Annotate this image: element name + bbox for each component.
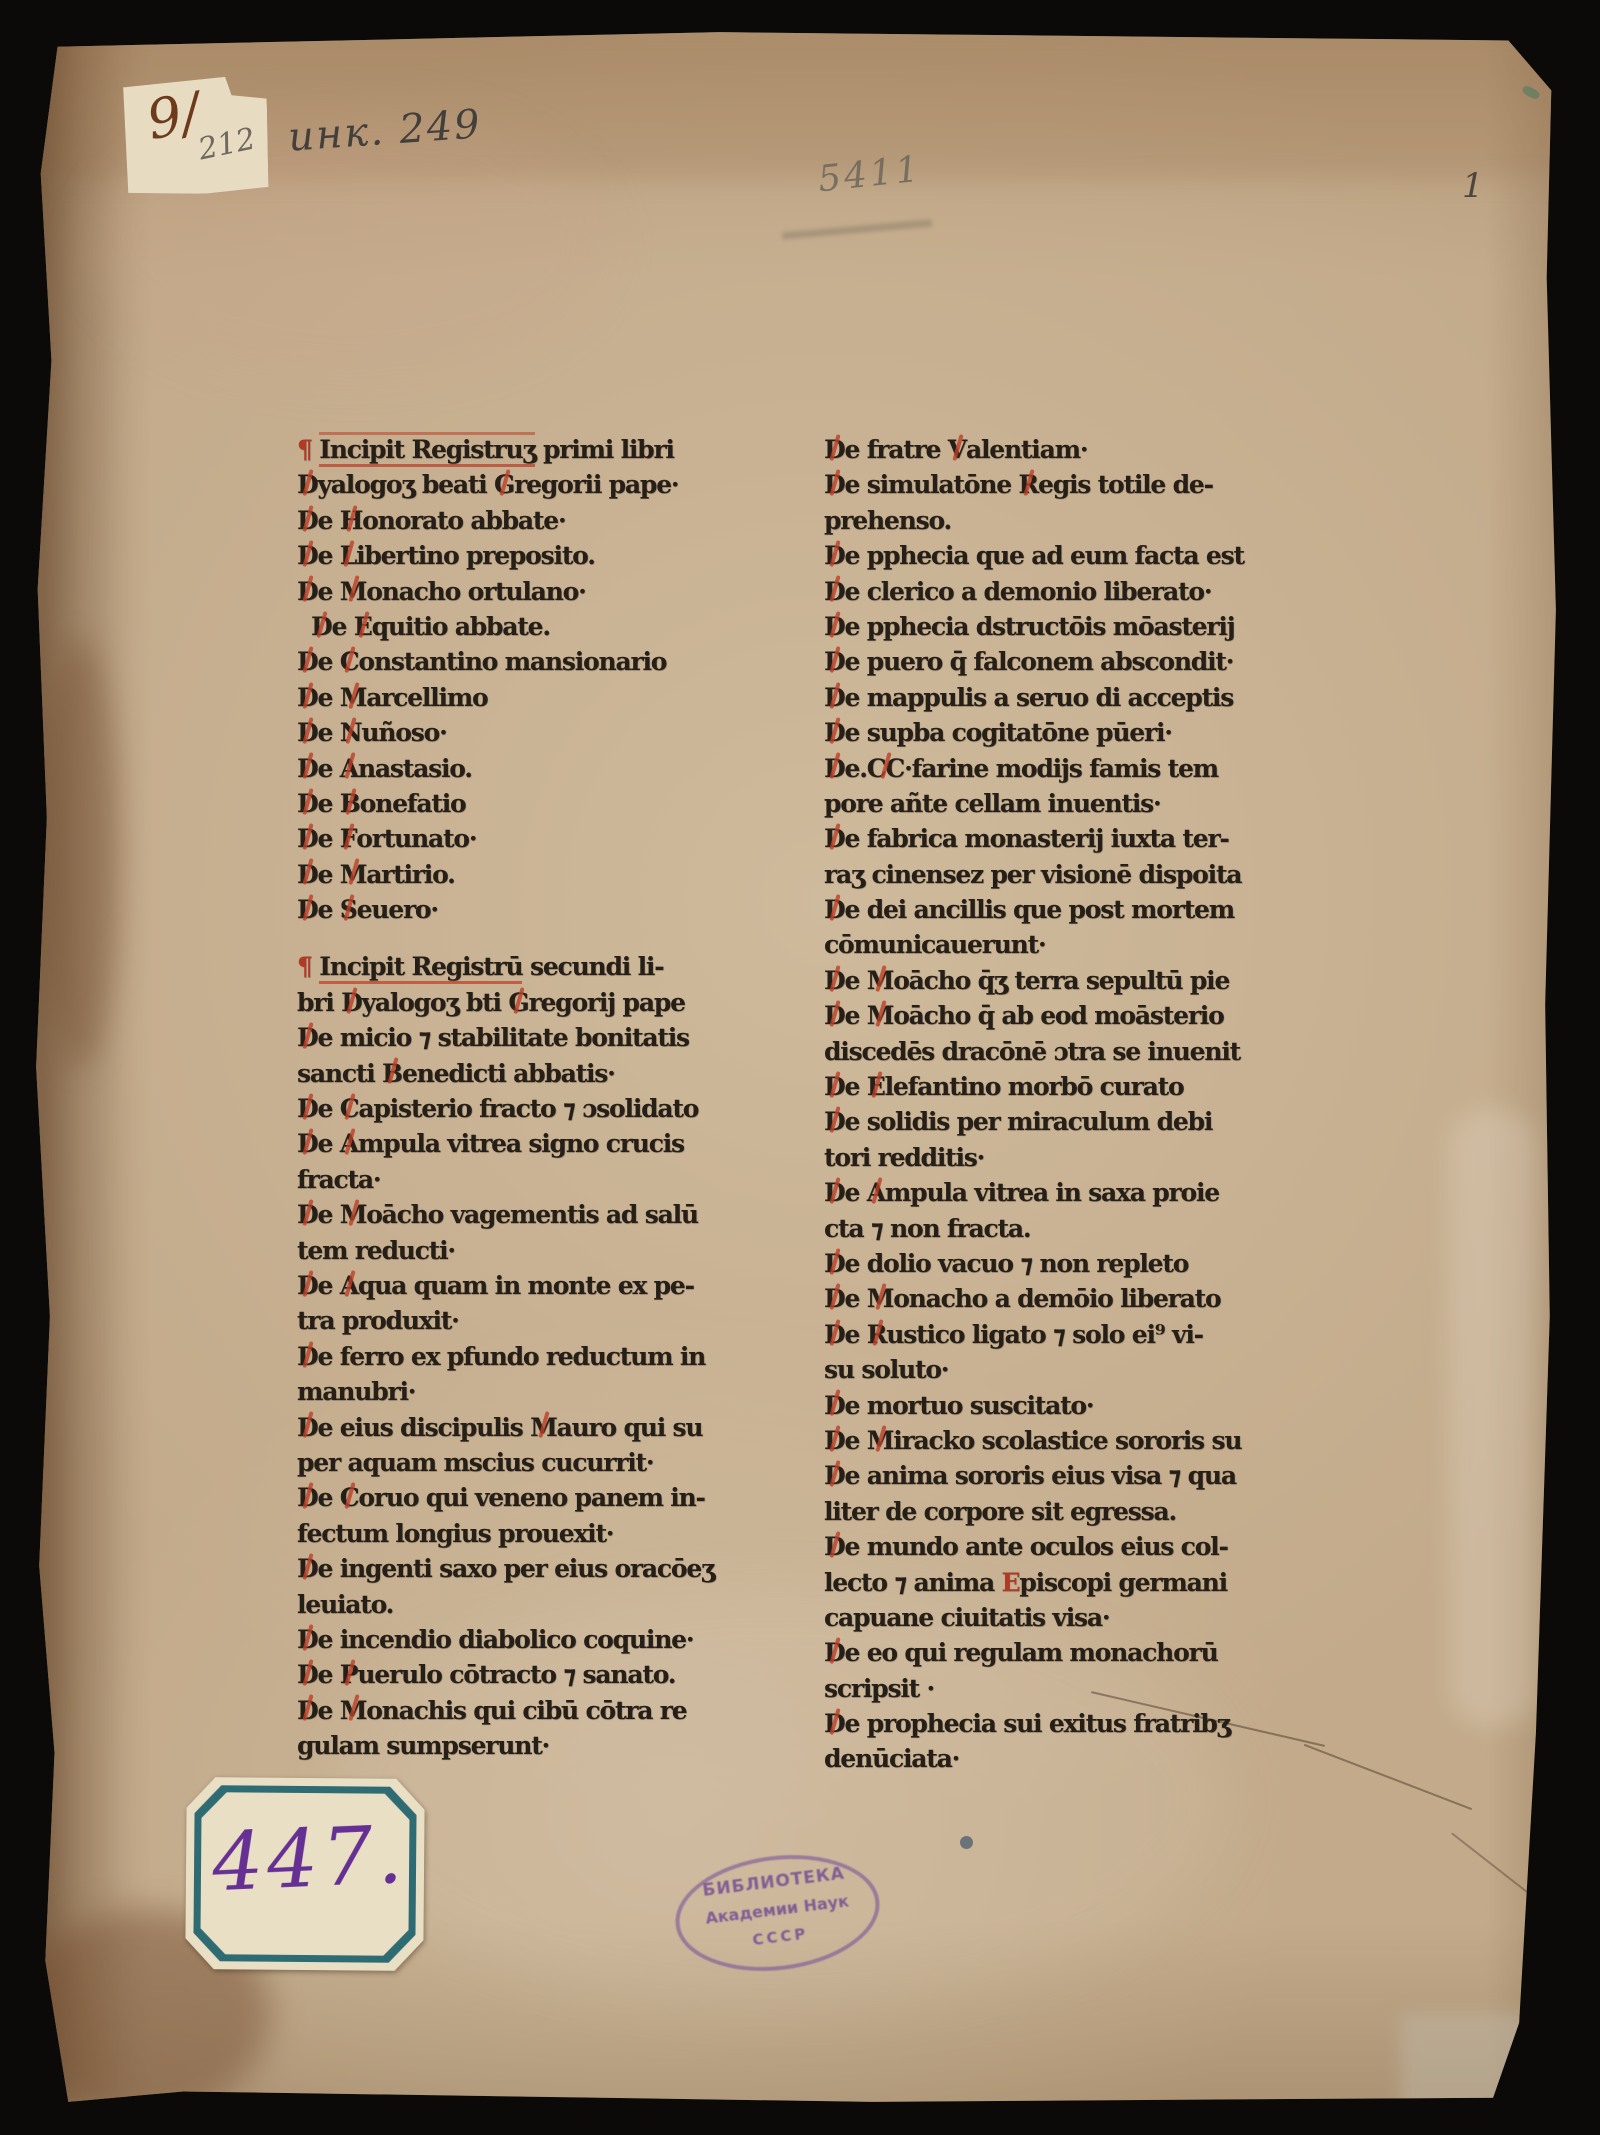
printed-text: onstantino mansionario — [358, 647, 666, 676]
printed-text: lecto ⁊ anima — [824, 1568, 1002, 1597]
rubricated-initial: P — [340, 1657, 358, 1692]
printed-text: e puero q̄ falconem abscondit· — [844, 647, 1233, 676]
rubricated-initial: D — [824, 821, 844, 856]
text-line: fectum longius prouexit· — [297, 1516, 714, 1551]
printed-text: denūciata· — [824, 1744, 959, 1773]
rubricated-initial: D — [824, 609, 844, 644]
rubricated-initial: B — [340, 786, 360, 821]
text-line: De Monacho a demōio liberato — [824, 1281, 1244, 1316]
printed-text: e mortuo suscitato· — [844, 1391, 1093, 1420]
printed-text: egis totile de- — [1038, 470, 1213, 499]
text-line: De Puerulo cōtracto ⁊ sanato. — [297, 1657, 714, 1692]
shelfmark-label: 9/ 212 — [120, 75, 270, 196]
rubricated-initial: D — [297, 1657, 317, 1692]
rubricated-initial: D — [297, 821, 317, 856]
rubricated-initial: S — [340, 892, 357, 927]
ink-inventory-number: инк. 249 — [287, 101, 484, 160]
red-initial: E — [1002, 1568, 1020, 1597]
text-column-left: ¶ Incipit Registruʒ primi libriDyalogoʒ … — [297, 432, 714, 1763]
collection-number-label: 447. — [185, 1777, 425, 1971]
text-line: De anima sororis eius visa ⁊ qua — [824, 1458, 1244, 1493]
rubricated-initial: A — [340, 751, 358, 786]
printed-text: e micio ⁊ stabilitate bonitatis — [317, 1023, 688, 1052]
text-line: De pphecia dstructōis mōasterij — [824, 609, 1244, 644]
text-line: tori redditis· — [824, 1140, 1244, 1175]
printed-text: alentiam· — [966, 435, 1087, 464]
text-line: De Seuero· — [297, 892, 714, 927]
printed-text: e anima sororis eius visa ⁊ qua — [844, 1461, 1235, 1490]
rubricated-initial: R — [1018, 467, 1038, 502]
rubricated-initial: A — [340, 1126, 358, 1161]
printed-text: onacho a demōio liberato — [893, 1284, 1220, 1313]
printed-text: e eius discipulis — [317, 1413, 530, 1442]
shelfmark-denominator: 212 — [195, 121, 258, 167]
printed-text: e — [317, 754, 339, 783]
printed-text: e — [317, 824, 339, 853]
library-stamp: БИБЛИОТЕКА Академии Наук СССР — [669, 1844, 886, 1982]
text-line: De Constantino mansionario — [297, 644, 714, 679]
printed-text: mpula vitrea in saxa proie — [885, 1178, 1219, 1207]
printed-text: e eo qui regulam monachorū — [844, 1638, 1217, 1667]
printed-text: uñoso· — [361, 718, 446, 747]
printed-text: auro qui su — [557, 1413, 703, 1442]
printed-text: e — [844, 1284, 866, 1313]
printed-text: e — [317, 789, 339, 818]
printed-text: e — [844, 1320, 866, 1349]
folio-number: 1 — [1462, 166, 1484, 206]
printed-text: bri — [297, 988, 341, 1017]
rubricated-initial: D — [297, 467, 317, 502]
text-line: De ferro ex pfundo reductum in — [297, 1339, 714, 1374]
printed-text: oācho q̄ ab eod moāsterio — [893, 1001, 1223, 1030]
text-line: ¶ Incipit Registrū secundi li- — [297, 949, 714, 984]
printed-text: e ingenti saxo per eius oracōeʒ — [317, 1554, 714, 1583]
line-gap — [297, 927, 714, 949]
text-line: raʒ cinensez per visionē dispoita — [824, 857, 1244, 892]
rubricated-initial: M — [867, 963, 893, 998]
rubricated-initial: D — [297, 1551, 317, 1586]
printed-text: e — [317, 718, 339, 747]
text-line: De Anastasio. — [297, 751, 714, 786]
rubricated-initial: D — [297, 644, 317, 679]
text-line: De Ampula vitrea in saxa proie — [824, 1175, 1244, 1210]
rubricated-initial: E — [867, 1069, 885, 1104]
rubricated-initial: A — [867, 1175, 885, 1210]
rubricated-initial: E — [354, 609, 372, 644]
text-line: De Moācho q̄ ab eod moāsterio — [824, 998, 1244, 1033]
printed-text: discedēs dracōnē ɔtra se inuenit — [824, 1037, 1240, 1066]
text-line: De Rustico ligato ⁊ solo ei⁹ vi- — [824, 1317, 1244, 1352]
rubricated-initial: D — [297, 1339, 317, 1374]
rubricated-initial: M — [867, 1423, 893, 1458]
printed-text: tra produxit· — [297, 1306, 459, 1335]
rubricated-initial: D — [824, 1175, 844, 1210]
printed-text: e fabrica monasterij iuxta ter- — [844, 824, 1228, 853]
printed-text: nastasio. — [358, 754, 472, 783]
printed-text: mpula vitrea signo crucis — [358, 1129, 684, 1158]
text-line: De Capisterio fracto ⁊ ɔsolidato — [297, 1091, 714, 1126]
rubricated-initial: D — [297, 1410, 317, 1445]
text-line: scripsit · — [824, 1671, 1244, 1706]
paper-stain — [40, 638, 120, 1068]
rubricated-initial: D — [824, 1246, 844, 1281]
printed-text: ustico ligato ⁊ solo ei⁹ vi- — [886, 1320, 1203, 1349]
text-line: De eo qui regulam monachorū — [824, 1635, 1244, 1670]
printed-text: e — [317, 647, 339, 676]
text-line: fracta· — [297, 1162, 714, 1197]
printed-text: e — [844, 966, 866, 995]
printed-text: quitio abbate. — [372, 612, 550, 641]
red-underlined-text: Incipit Registrū — [319, 952, 522, 984]
rubricated-initial: L — [340, 538, 356, 573]
printed-text: enedicti abbatis· — [402, 1059, 615, 1088]
text-line: sancti Benedicti abbatis· — [297, 1056, 714, 1091]
rubricated-initial: D — [297, 751, 317, 786]
text-line: De micio ⁊ stabilitate bonitatis — [297, 1020, 714, 1055]
text-line: De Elefantino morbō curato — [824, 1069, 1244, 1104]
pencil-smudge — [782, 219, 932, 239]
printed-text: e — [317, 506, 339, 535]
text-line: De mortuo suscitato· — [824, 1388, 1244, 1423]
text-line: per aquam mscius cucurrit· — [297, 1445, 714, 1480]
text-line: De eius discipulis Mauro qui su — [297, 1410, 714, 1445]
printed-text: e dolio vacuo ⁊ non repleto — [844, 1249, 1188, 1278]
printed-text: qua quam in monte ex pe- — [358, 1271, 694, 1300]
printed-text: e — [317, 577, 339, 606]
collection-number: 447. — [210, 1808, 408, 1909]
printed-text: e fratre — [844, 435, 947, 464]
text-line: De dolio vacuo ⁊ non repleto — [824, 1246, 1244, 1281]
printed-text: ortunato· — [356, 824, 476, 853]
printed-text: fectum longius prouexit· — [297, 1519, 613, 1548]
rubricated-initial: D — [824, 1104, 844, 1139]
printed-text: secundi li- — [522, 952, 663, 981]
text-line: prehenso. — [824, 503, 1244, 538]
rubricated-initial: D — [297, 1091, 317, 1126]
rubricated-initial: D — [824, 1281, 844, 1316]
rubricated-initial: R — [867, 1317, 887, 1352]
printed-text: e — [317, 683, 339, 712]
text-line: De mundo ante oculos eius col- — [824, 1529, 1244, 1564]
rubricated-initial: D — [824, 467, 844, 502]
text-line: pore añte cellam inuentis· — [824, 786, 1244, 821]
rubricated-initial: M — [340, 574, 366, 609]
text-line: tra produxit· — [297, 1303, 714, 1338]
paper-speck — [1521, 84, 1541, 100]
text-line: De clerico a demonio liberato· — [824, 574, 1244, 609]
printed-text: e simulatōne — [844, 470, 1018, 499]
printed-text: leuiato. — [297, 1590, 393, 1619]
text-line: De fabrica monasterij iuxta ter- — [824, 821, 1244, 856]
rubricated-initial: D — [297, 1693, 317, 1728]
text-line: liter de corpore sit egressa. — [824, 1494, 1244, 1529]
text-line: De Equitio abbate. — [297, 609, 714, 644]
text-line: De simulatōne Regis totile de- — [824, 467, 1244, 502]
rubricated-initial: C — [340, 1091, 359, 1126]
printed-text: pore añte cellam inuentis· — [824, 789, 1161, 818]
scan-background: { "annotations": { "shelf_label_big": "9… — [0, 0, 1600, 2135]
paper-crack — [1451, 1832, 1539, 1901]
text-line: De Moācho vagementis ad salū — [297, 1197, 714, 1232]
printed-text: onachis qui cibū cōtra re — [366, 1696, 686, 1725]
printed-text: ibertino preposito. — [356, 541, 595, 570]
text-line: lecto ⁊ anima Episcopi germani — [824, 1565, 1244, 1600]
printed-text: arcellimo — [366, 683, 487, 712]
printed-text: e — [331, 612, 353, 641]
printed-text: cta ⁊ non fracta. — [824, 1214, 1030, 1243]
rubricated-initial: M — [340, 680, 366, 715]
text-line: De Monacho ortulano· — [297, 574, 714, 609]
rubricated-initial: D — [824, 644, 844, 679]
rubricated-initial: D — [297, 503, 317, 538]
paper-stain — [1448, 1108, 1538, 1728]
rubricated-initial: D — [824, 432, 844, 467]
text-line: De Honorato abbate· — [297, 503, 714, 538]
text-line: gulam sumpserunt· — [297, 1728, 714, 1763]
printed-text: e mundo ante oculos eius col- — [844, 1532, 1227, 1561]
printed-text: ·farine modijs famis tem — [904, 754, 1218, 783]
rubricated-initial: D — [824, 998, 844, 1033]
printed-text: tem reducti· — [297, 1236, 455, 1265]
rubricated-initial: D — [824, 1529, 844, 1564]
text-line: De Coruo qui veneno panem in- — [297, 1480, 714, 1515]
printed-text: apisterio fracto ⁊ ɔsolidato — [358, 1094, 698, 1123]
printed-text: e pphecia que ad eum facta est — [844, 541, 1243, 570]
rubricated-initial: F — [340, 821, 357, 856]
rubricated-initial: D — [341, 985, 361, 1020]
rubricated-initial: D — [297, 715, 317, 750]
printed-text: yalogoʒ beati — [317, 470, 494, 499]
red-paragraph-mark: ¶ — [297, 952, 319, 981]
printed-text: e incendio diabolico coquine· — [317, 1625, 693, 1654]
printed-text: fracta· — [297, 1165, 380, 1194]
rubricated-initial: D — [824, 1388, 844, 1423]
rubricated-initial: M — [340, 857, 366, 892]
printed-text: e — [317, 1696, 339, 1725]
printed-text: e — [844, 1178, 866, 1207]
rubricated-initial: D — [297, 1268, 317, 1303]
text-line: De Marcellimo — [297, 680, 714, 715]
rubricated-initial: D — [297, 1622, 317, 1657]
rubricated-initial: G — [508, 985, 528, 1020]
text-line: cōmunicauerunt· — [824, 927, 1244, 962]
rubricated-initial: D — [824, 1635, 844, 1670]
repaired-corner — [1400, 2013, 1560, 2118]
text-line: bri Dyalogoʒ bti Gregorij pape — [297, 985, 714, 1020]
text-line: De Monachis qui cibū cōtra re — [297, 1693, 714, 1728]
printed-text: onefatio — [360, 789, 466, 818]
red-paragraph-mark: ¶ — [297, 435, 319, 464]
text-line: De solidis per miraculum debi — [824, 1104, 1244, 1139]
text-line: De Fortunato· — [297, 821, 714, 856]
rubricated-initial: D — [297, 1126, 317, 1161]
rubricated-initial: M — [867, 1281, 893, 1316]
rubricated-initial: C — [340, 644, 359, 679]
rubricated-initial: D — [824, 680, 844, 715]
rubricated-initial: D — [824, 715, 844, 750]
rubricated-initial: D — [824, 1458, 844, 1493]
text-line: discedēs dracōnē ɔtra se inuenit — [824, 1034, 1244, 1069]
text-line: tem reducti· — [297, 1233, 714, 1268]
rubricated-initial: M — [340, 1197, 366, 1232]
text-column-right: De fratre Valentiam·De simulatōne Regis … — [824, 432, 1244, 1777]
text-line: capuane ciuitatis visa· — [824, 1600, 1244, 1635]
printed-text: prehenso. — [824, 506, 951, 535]
text-line: De Aqua quam in monte ex pe- — [297, 1268, 714, 1303]
printed-text: e — [317, 1271, 339, 1300]
printed-text: raʒ cinensez per visionē dispoita — [824, 860, 1241, 889]
text-line: De prophecia sui exitus fratribʒ — [824, 1706, 1244, 1741]
printed-text: e — [844, 1001, 866, 1030]
pencil-number: 5411 — [816, 149, 923, 201]
rubricated-initial: D — [297, 1197, 317, 1232]
printed-text: artirio. — [366, 860, 454, 889]
printed-text: e — [317, 1200, 339, 1229]
printed-text: e — [844, 1426, 866, 1455]
text-line: De supba cogitatōne pūeri· — [824, 715, 1244, 750]
text-line: De incendio diabolico coquine· — [297, 1622, 714, 1657]
rubricated-initial: A — [340, 1268, 358, 1303]
printed-text: yalogoʒ bti — [362, 988, 509, 1017]
printed-text: piscopi germani — [1019, 1568, 1227, 1597]
spine-shadow — [30, 28, 125, 2106]
book-page: 9/ 212 инк. 249 5411 1 ¶ Incipit Registr… — [30, 28, 1562, 2106]
rubricated-initial: M — [867, 998, 893, 1033]
text-line: De mappulis a seruo di acceptis — [824, 680, 1244, 715]
printed-text: e — [317, 541, 339, 570]
rubricated-initial: D — [824, 1069, 844, 1104]
text-line: De ingenti saxo per eius oracōeʒ — [297, 1551, 714, 1586]
text-line: leuiato. — [297, 1587, 714, 1622]
rubricated-initial: H — [340, 503, 362, 538]
rubricated-initial: CC — [867, 751, 904, 786]
text-line: De Bonefatio — [297, 786, 714, 821]
printed-text: regorii pape· — [514, 470, 678, 499]
rubricated-initial: D — [824, 1423, 844, 1458]
printed-text: e pphecia dstructōis mōasterij — [844, 612, 1234, 641]
red-underlined-text: Incipit Registruʒ — [319, 432, 535, 467]
printed-text: gulam sumpserunt· — [297, 1731, 549, 1760]
printed-text: e supba cogitatōne pūeri· — [844, 718, 1171, 747]
text-line: cta ⁊ non fracta. — [824, 1211, 1244, 1246]
printed-text: regorij pape — [529, 988, 685, 1017]
rubricated-initial: D — [824, 963, 844, 998]
printed-text: e clerico a demonio liberato· — [844, 577, 1211, 606]
rubricated-initial: D — [824, 1317, 844, 1352]
rubricated-initial: D — [824, 538, 844, 573]
printed-text: e — [317, 1660, 339, 1689]
rubricated-initial: C — [340, 1480, 359, 1515]
printed-text: primi libri — [535, 435, 673, 464]
text-line: ¶ Incipit Registruʒ primi libri — [297, 432, 714, 467]
rubricated-initial: M — [530, 1410, 556, 1445]
text-line: De Martirio. — [297, 857, 714, 892]
printed-text: onacho ortulano· — [366, 577, 585, 606]
rubricated-initial: D — [824, 1706, 844, 1741]
printed-text: capuane ciuitatis visa· — [824, 1603, 1109, 1632]
rubricated-initial: D — [297, 1020, 317, 1055]
printed-text: e — [317, 1483, 339, 1512]
text-line: De Ampula vitrea signo crucis — [297, 1126, 714, 1161]
text-line: su soluto· — [824, 1352, 1244, 1387]
printed-text: e dei ancillis que post mortem — [844, 895, 1234, 924]
text-line: De dei ancillis que post mortem — [824, 892, 1244, 927]
printed-text: su soluto· — [824, 1355, 948, 1384]
printed-text: liter de corpore sit egressa. — [824, 1497, 1176, 1526]
rubricated-initial: G — [494, 467, 514, 502]
rubricated-initial: D — [297, 680, 317, 715]
printed-text: e — [844, 1072, 866, 1101]
rubricated-initial: D — [824, 892, 844, 927]
text-line: De pphecia que ad eum facta est — [824, 538, 1244, 573]
printed-text: e — [317, 1094, 339, 1123]
rubricated-initial: D — [297, 892, 317, 927]
printed-text: uerulo cōtracto ⁊ sanato. — [357, 1660, 675, 1689]
rubricated-initial: D — [297, 574, 317, 609]
printed-text: e prophecia sui exitus fratribʒ — [844, 1709, 1229, 1738]
printed-text: cōmunicauerunt· — [824, 930, 1045, 959]
rubricated-initial: V — [948, 432, 966, 467]
printed-text: scripsit · — [824, 1674, 934, 1703]
printed-text: e mappulis a seruo di acceptis — [844, 683, 1233, 712]
printed-text: manubri· — [297, 1377, 415, 1406]
shelfmark-numerator: 9/ — [142, 80, 206, 152]
printed-text: tori redditis· — [824, 1143, 984, 1172]
text-line: De Libertino preposito. — [297, 538, 714, 573]
text-line: manubri· — [297, 1374, 714, 1409]
rubricated-initial: B — [382, 1056, 402, 1091]
rubricated-initial: D — [824, 751, 844, 786]
text-line: De fratre Valentiam· — [824, 432, 1244, 467]
rubricated-initial: N — [340, 715, 362, 750]
rubricated-initial: D — [824, 574, 844, 609]
printed-text: sancti — [297, 1059, 382, 1088]
printed-text: e — [317, 895, 339, 924]
printed-text: e — [317, 860, 339, 889]
rubricated-initial: D — [297, 786, 317, 821]
printed-text: onorato abbate· — [362, 506, 565, 535]
paper-crack — [1304, 1744, 1473, 1810]
rubricated-initial: D — [297, 857, 317, 892]
printed-text: e — [317, 1129, 339, 1158]
text-line: De.CC·farine modijs famis tem — [824, 751, 1244, 786]
rubricated-initial: M — [340, 1693, 366, 1728]
printed-text: e. — [844, 754, 866, 783]
text-line: De Moācho q̄ʒ terra sepultū pie — [824, 963, 1244, 998]
printed-text: oācho q̄ʒ terra sepultū pie — [893, 966, 1229, 995]
printed-text: lefantino morbō curato — [885, 1072, 1184, 1101]
rubricated-initial: D — [297, 1480, 317, 1515]
printed-text: e ferro ex pfundo reductum in — [317, 1342, 705, 1371]
printed-text: euero· — [357, 895, 438, 924]
rubricated-initial: D — [297, 538, 317, 573]
text-line: De Nuñoso· — [297, 715, 714, 750]
text-line: Dyalogoʒ beati Gregorii pape· — [297, 467, 714, 502]
text-line: De puero q̄ falconem abscondit· — [824, 644, 1244, 679]
ink-dot — [960, 1836, 973, 1849]
text-line: denūciata· — [824, 1741, 1244, 1776]
printed-text: per aquam mscius cucurrit· — [297, 1448, 653, 1477]
text-line: De Miracko scolastice sororis su — [824, 1423, 1244, 1458]
printed-text: e solidis per miraculum debi — [844, 1107, 1212, 1136]
rubricated-initial: D — [311, 609, 331, 644]
printed-text: oruo qui veneno panem in- — [358, 1483, 704, 1512]
printed-text: oācho vagementis ad salū — [366, 1200, 698, 1229]
printed-text: iracko scolastice sororis su — [893, 1426, 1241, 1455]
